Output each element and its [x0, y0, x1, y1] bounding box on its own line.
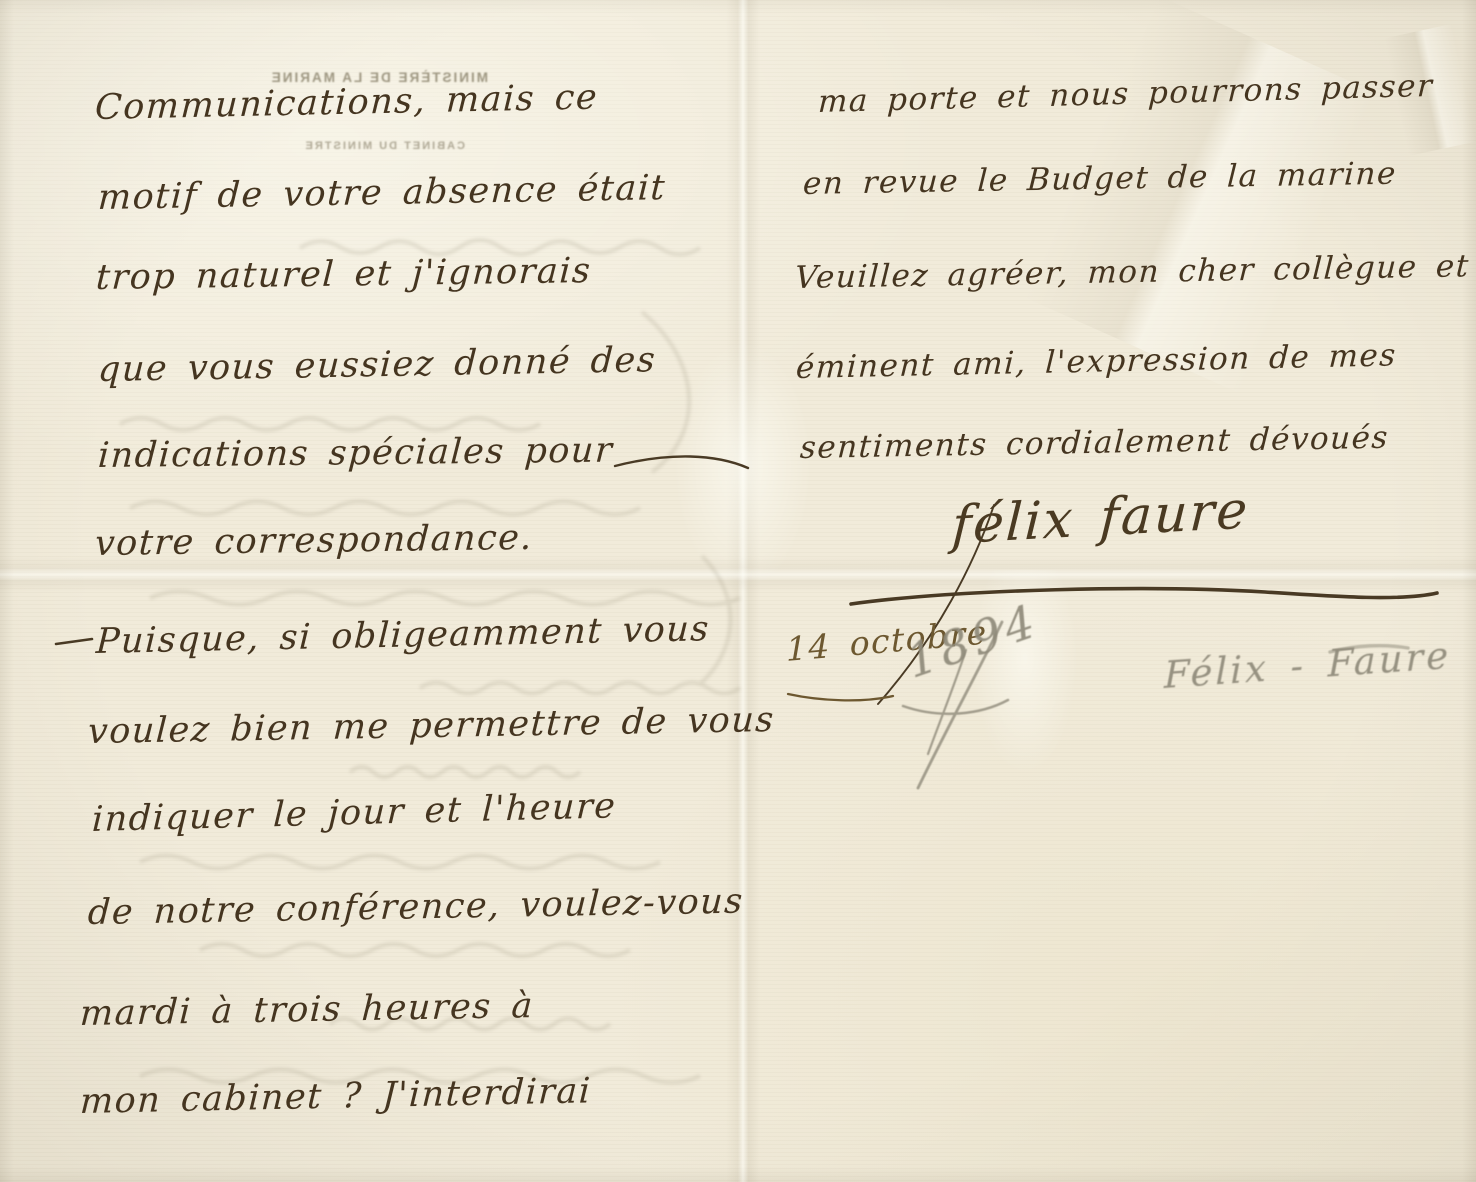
year-pencil-annotation: 1894 [901, 592, 1046, 689]
handwritten-line: mon cabinet ? J'interdirai [79, 1071, 592, 1122]
handwritten-line: indications spéciales pour [97, 431, 615, 476]
signature-felix-faure: félix faure [950, 480, 1250, 556]
pencil-annotation-felix-faure: Félix - Faure [1164, 634, 1451, 697]
handwritten-line: ma porte et nous pourrons passer [817, 68, 1434, 120]
handwritten-line: Veuillez agréer, mon cher collègue et [794, 248, 1471, 296]
paragraph-dash [56, 639, 92, 644]
fold-crease-vertical [726, 0, 760, 1182]
paper-wrinkle [1023, 0, 1376, 395]
handwritten-line: motif de votre absence était [97, 168, 667, 218]
handwritten-line: indiquer le jour et l'heure [91, 786, 617, 840]
handwritten-line: votre correspondance. [94, 518, 534, 564]
handwritten-line: sentiments cordialement dévoués [799, 420, 1390, 466]
handwritten-line: que vous eussiez donné des [97, 340, 657, 390]
handwritten-line: Communications, mais ce [94, 77, 599, 128]
pencil-year-underline [903, 700, 1008, 714]
date-underline [788, 694, 893, 700]
handwritten-line: trop naturel et j'ignorais [95, 251, 593, 298]
signature-underline-flourish [851, 589, 1437, 604]
handwritten-line: éminent ami, l'expression de mes [795, 337, 1398, 386]
handwritten-line: mardi à trois heures à [79, 986, 535, 1034]
line-end-flourish [615, 456, 748, 468]
bleedthrough-letterhead-cabinet: CABINET DU MINISTRE [310, 140, 465, 152]
letter-scan: MINISTÈRE DE LA MARINE CABINET DU MINIST… [0, 0, 1476, 1182]
handwritten-line: en revue le Budget de la marine [802, 156, 1398, 202]
handwritten-line: de notre conférence, voulez-vous [87, 882, 745, 933]
handwritten-line: Puisque, si obligeamment vous [95, 609, 711, 662]
handwritten-line: voulez bien me permettre de vous [87, 700, 776, 752]
